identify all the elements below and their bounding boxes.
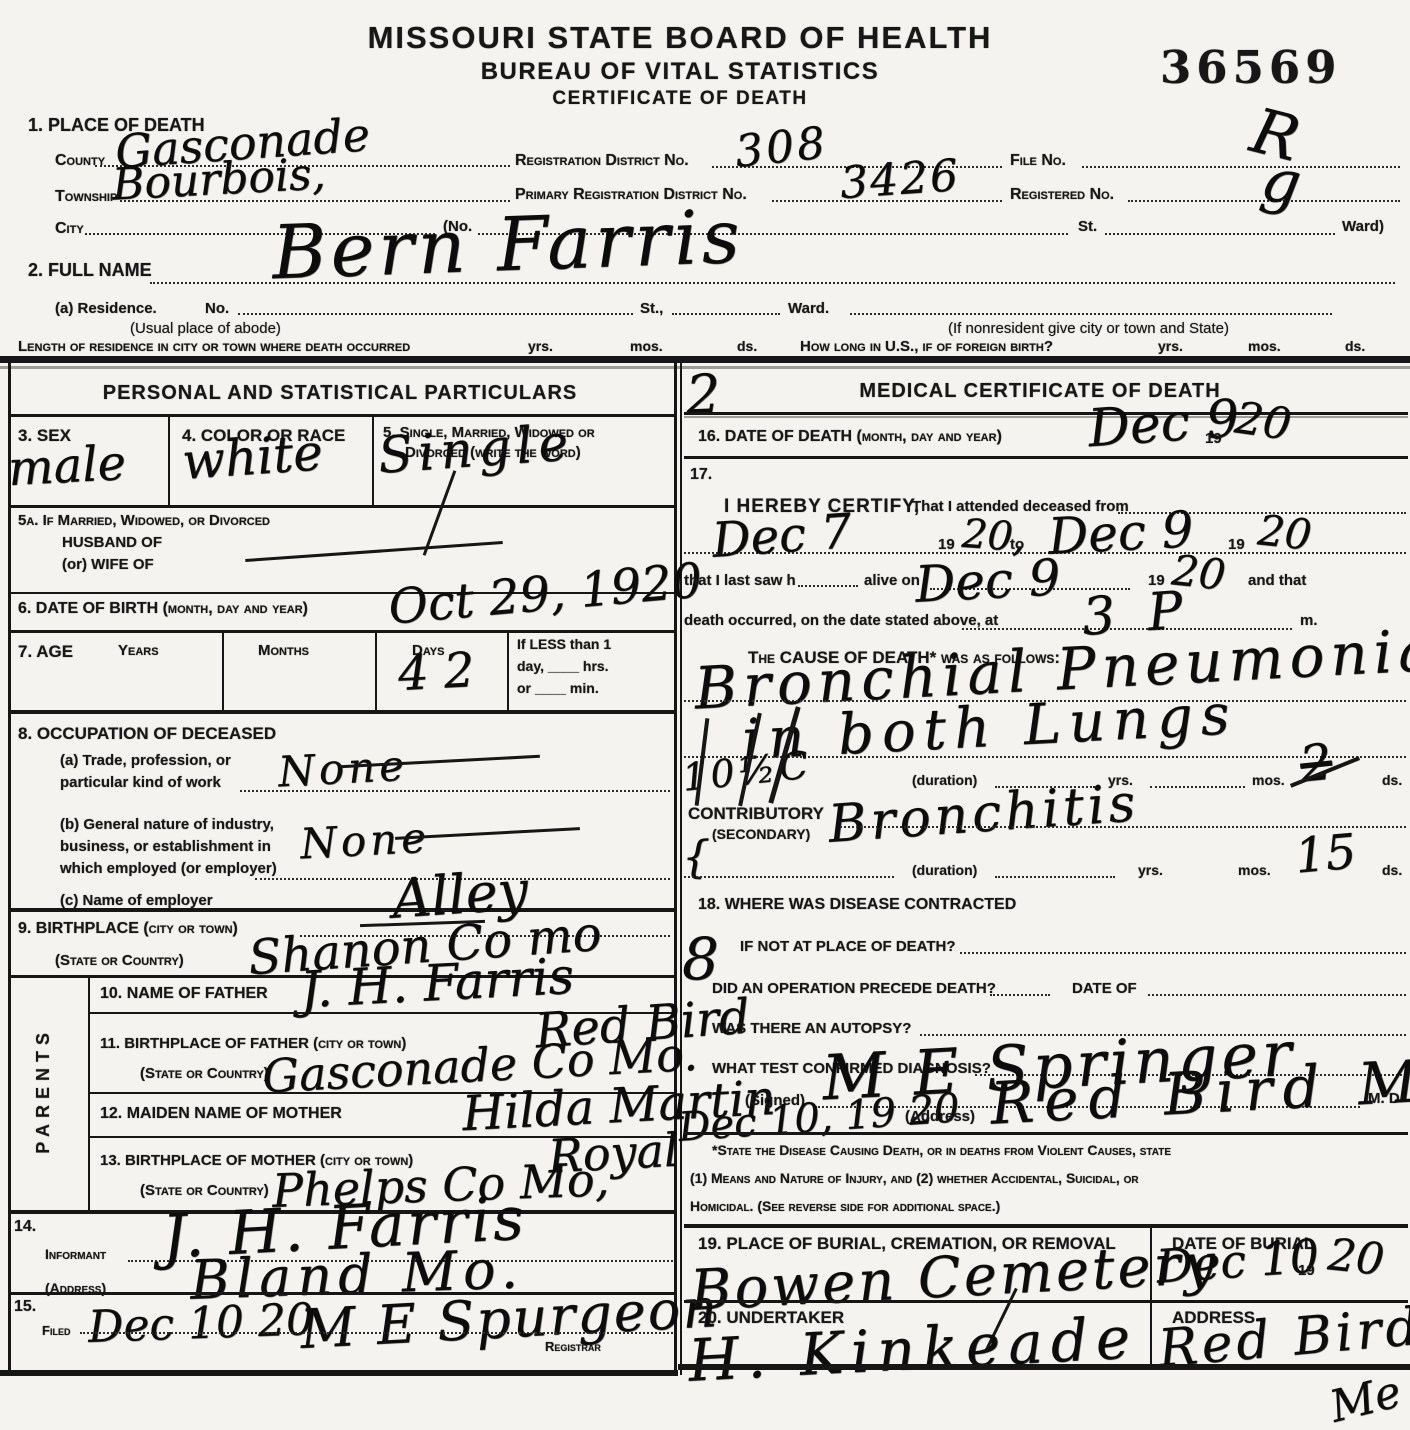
footnote-line-3: Homicidal. (See reverse side for additio… xyxy=(690,1198,1000,1214)
mother-state-label: (State or Country) xyxy=(140,1182,269,1199)
burial-date-value: Dec 10 xyxy=(1155,1232,1321,1289)
length-mos: mos. xyxy=(630,338,663,354)
burial-19: 19 xyxy=(1298,1262,1315,1279)
dob-rule xyxy=(10,630,676,633)
ifnot-label: IF NOT AT PLACE OF DEATH? xyxy=(740,938,956,955)
death-certificate-scan: MISSOURI STATE BOARD OF HEALTH BUREAU OF… xyxy=(0,0,1410,1430)
age-label: 7. AGE xyxy=(18,642,73,662)
sex-value: male xyxy=(7,439,127,493)
residence-ward-label: Ward. xyxy=(788,300,829,317)
informant-label: Informant xyxy=(45,1246,106,1262)
full-name-label: 2. FULL NAME xyxy=(28,260,152,281)
secondary-label: (SECONDARY) xyxy=(712,826,810,842)
death-occurred-label: death occurred, on the date stated above… xyxy=(684,612,998,629)
residence-no-label: No. xyxy=(205,300,229,317)
attended-to-19: 19 xyxy=(1228,536,1245,553)
lastsaw-label-2: alive on xyxy=(864,572,920,589)
footnote-line-2: (1) Means and Nature of Injury, and (2) … xyxy=(690,1170,1139,1186)
filed-number: 15. xyxy=(14,1298,36,1316)
residence-label: (a) Residence. xyxy=(55,300,157,317)
signature-address-label: (Address) xyxy=(905,1108,975,1125)
signature-rule xyxy=(684,1132,1408,1135)
birthplace-label: 9. BIRTHPLACE (city or town) xyxy=(18,920,238,938)
filed-line xyxy=(80,1332,673,1334)
contributory-value: Bronchitis xyxy=(827,777,1141,851)
margin-brace: { xyxy=(682,836,710,880)
operation-label: DID AN OPERATION PRECEDE DEATH? xyxy=(712,980,996,997)
date-of-death-19: 19 xyxy=(1205,430,1222,447)
medical-header-rule-shadow xyxy=(684,416,1408,418)
length-ds: ds. xyxy=(737,338,757,354)
occupation-a-value: None xyxy=(277,745,409,794)
parents-label: PARENTS xyxy=(33,1027,54,1154)
filed-label: Filed xyxy=(42,1324,70,1339)
mother-name-label: 12. MAIDEN NAME OF MOTHER xyxy=(100,1105,342,1123)
sex-race-divider xyxy=(168,416,170,505)
residence-ward-line xyxy=(850,313,1332,315)
attended-to-date: Dec 9 xyxy=(1047,504,1195,562)
left-bottom-rule xyxy=(0,1370,678,1376)
race-value: white xyxy=(180,427,324,487)
registered-no-label: Registered No. xyxy=(1010,186,1114,204)
father-state-label: (State or Country) xyxy=(140,1065,269,1082)
registration-district-value: 308 xyxy=(733,121,830,174)
age-days-value: 4 2 xyxy=(397,646,476,698)
occupation-b-label-2: business, or establishment in xyxy=(60,838,271,855)
date-of-label: DATE OF xyxy=(1072,980,1137,997)
occupation-a-label-1: (a) Trade, profession, or xyxy=(60,752,231,769)
primary-registration-value: 3426 xyxy=(839,154,962,206)
duration-1-ds: ds. xyxy=(1382,772,1402,788)
township-label: Township xyxy=(55,188,117,206)
certificate-title: CERTIFICATE OF DEATH xyxy=(330,88,1030,110)
duration-2-ds: ds. xyxy=(1382,862,1402,878)
marital-flourish-tail xyxy=(423,470,457,556)
abode-note: (Usual place of abode) xyxy=(130,320,281,337)
medical-header-rule xyxy=(684,412,1408,415)
full-name-value: Bern Farris xyxy=(271,200,745,290)
race-marital-divider xyxy=(372,416,374,505)
township-value: Bourbois, xyxy=(111,152,327,207)
duration-2-dots-a xyxy=(684,876,894,878)
andthat-label: and that xyxy=(1248,572,1306,589)
nonresident-note: (If nonresident give city or town and St… xyxy=(948,320,1229,337)
occupation-c-label: (c) Name of employer xyxy=(60,892,213,909)
burial-year: 20 xyxy=(1326,1233,1386,1283)
item-17: 17. xyxy=(690,466,712,484)
lastsaw-label-1: that I last saw h xyxy=(684,572,796,589)
duration-1-dots-b xyxy=(1150,786,1245,788)
attended-from-date: Dec 7 xyxy=(710,507,853,565)
father-name-label: 10. NAME OF FATHER xyxy=(100,985,268,1003)
where-contracted-label: 18. WHERE WAS DISEASE CONTRACTED xyxy=(698,896,1016,914)
city-st-label: St. xyxy=(1078,218,1097,235)
wife-of-label: (or) WIFE OF xyxy=(62,556,154,573)
age-divider-1 xyxy=(222,632,224,710)
personal-header-rule xyxy=(10,414,676,417)
filed-date-value: Dec 10 20 xyxy=(87,1298,314,1350)
dob-value: Oct 29, 1920 xyxy=(387,556,705,631)
autopsy-label: WAS THERE AN AUTOPSY? xyxy=(712,1020,911,1037)
duration-2-dots-b xyxy=(995,876,1115,878)
footnote-line-1: *State the Disease Causing Death, or in … xyxy=(712,1142,1171,1158)
occupation-b-label-3: which employed (or employer) xyxy=(60,860,277,877)
city-ward-label: Ward) xyxy=(1342,218,1384,235)
howlong-ds: ds. xyxy=(1345,338,1365,354)
age-divider-3 xyxy=(507,632,509,710)
marital-5a-dash xyxy=(245,541,503,562)
attended-to-year: 20 xyxy=(1256,509,1314,556)
contributory-label: CONTRIBUTORY xyxy=(688,804,824,824)
duration-2-value: 15 xyxy=(1293,827,1358,880)
occupation-label: 8. OCCUPATION OF DECEASED xyxy=(18,724,276,744)
residence-no-line xyxy=(238,313,633,315)
date-of-death-year: 20 xyxy=(1232,396,1294,447)
file-no-label: File No. xyxy=(1010,152,1066,170)
duration-1-mos: mos. xyxy=(1252,772,1285,788)
registration-district-label: Registration District No. xyxy=(515,152,689,170)
length-residence-label: Length of residence in city or town wher… xyxy=(18,338,410,355)
duration-2-mos: mos. xyxy=(1238,862,1271,878)
less-than-label-3: or ____ min. xyxy=(517,680,599,696)
age-divider-2 xyxy=(375,632,377,710)
age-months-label: Months xyxy=(258,642,309,659)
date-of-death-rule xyxy=(684,456,1408,459)
city-st-line xyxy=(1105,233,1335,235)
husband-of-label: HUSBAND OF xyxy=(62,534,162,551)
personal-header: PERSONAL AND STATISTICAL PARTICULARS xyxy=(30,382,650,405)
residence-st-line xyxy=(672,313,780,315)
howlong-label: How long in U.S., if of foreign birth? xyxy=(800,338,1053,355)
city-label: City xyxy=(55,220,84,238)
sex-row-rule xyxy=(10,505,676,508)
howlong-mos: mos. xyxy=(1248,338,1281,354)
dob-label: 6. DATE OF BIRTH (month, day and year) xyxy=(18,600,308,618)
burial-top-rule xyxy=(684,1224,1408,1228)
lastsaw-date: Dec 9 xyxy=(914,552,1062,610)
birthplace-state-label: (State or Country) xyxy=(55,952,184,969)
registrar-label: Registrar xyxy=(545,1340,601,1355)
center-divider-a xyxy=(674,363,677,1375)
burial-rule xyxy=(684,1300,1408,1303)
occupation-a-label-2: particular kind of work xyxy=(60,774,221,791)
attended-from-19: 19 xyxy=(938,536,955,553)
right-bottom-rule xyxy=(678,1364,1410,1370)
age-rule xyxy=(10,710,676,714)
length-yrs: yrs. xyxy=(528,338,553,354)
file-no-line xyxy=(1082,166,1400,168)
county-label: County xyxy=(55,152,105,170)
date-of-death-label: 16. DATE OF DEATH (month, day and year) xyxy=(698,428,1002,446)
lastsaw-blank xyxy=(798,585,858,587)
duration-2-label: (duration) xyxy=(912,862,977,878)
ifnot-line xyxy=(960,952,1406,954)
occupation-b-label-1: (b) General nature of industry, xyxy=(60,816,274,833)
less-than-label-2: day, ____ hrs. xyxy=(517,658,609,674)
less-than-label-1: If LESS than 1 xyxy=(517,636,611,652)
occupation-b-value: None xyxy=(299,817,431,866)
duration-2-yrs: yrs. xyxy=(1138,862,1163,878)
howlong-yrs: yrs. xyxy=(1158,338,1183,354)
occupation-a-line xyxy=(240,790,670,792)
date-of-line xyxy=(1148,994,1406,996)
residence-st-label: St., xyxy=(640,300,663,317)
informant-number: 14. xyxy=(14,1218,36,1236)
marital-value: Single xyxy=(376,417,575,481)
age-years-label: Years xyxy=(118,642,159,659)
marital-5a-label: 5a. If Married, Widowed, or Divorced xyxy=(18,512,270,529)
bureau-title: BUREAU OF VITAL STATISTICS xyxy=(330,58,1030,86)
board-title: MISSOURI STATE BOARD OF HEALTH xyxy=(330,20,1030,56)
certificate-number: 36569 xyxy=(1160,42,1342,94)
corner-ink-mark: Me xyxy=(1326,1370,1406,1430)
operation-line xyxy=(990,994,1050,996)
left-border xyxy=(8,363,11,1375)
